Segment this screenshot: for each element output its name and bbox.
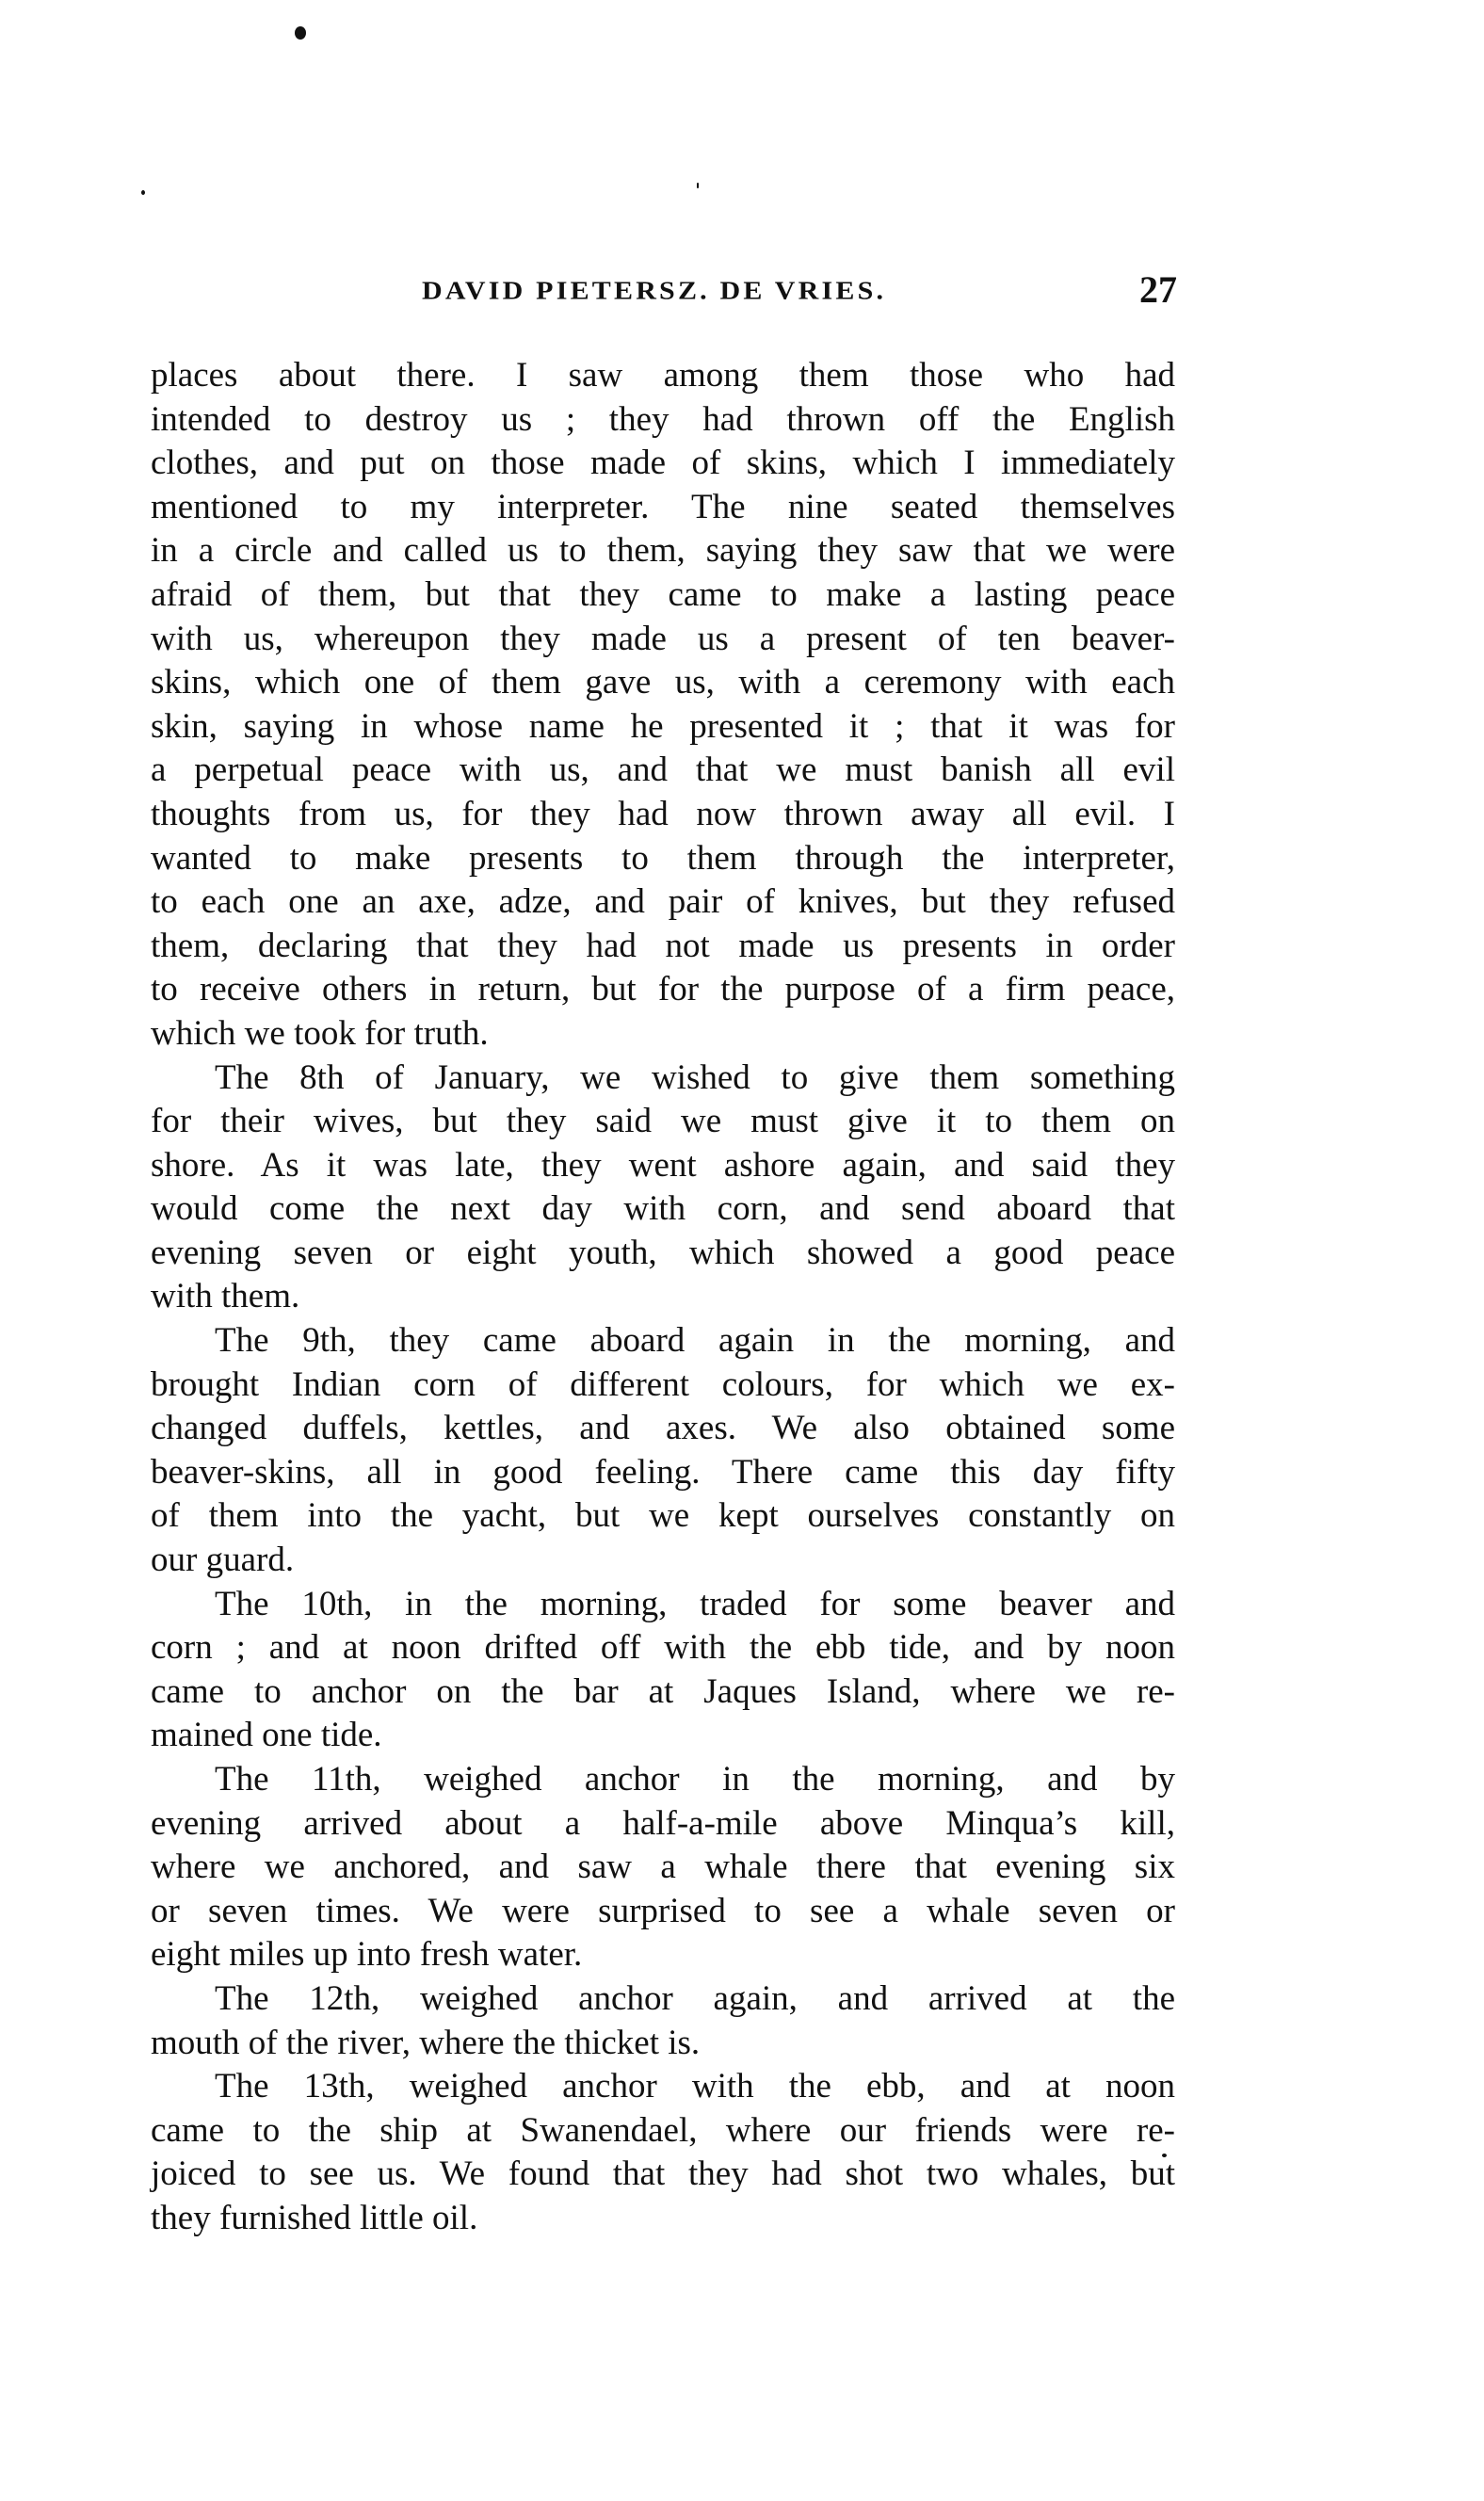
text-line: for their wives, but they said we must g… xyxy=(151,1100,1175,1144)
text-line: shore. As it was late, they went ashore … xyxy=(151,1144,1175,1188)
text-line: evening arrived about a half-a-mile abov… xyxy=(151,1802,1175,1847)
text-line: of them into the yacht, but we kept ours… xyxy=(151,1494,1175,1539)
paragraph: The 13th, weighed anchor with the ebb, a… xyxy=(151,2065,1175,2240)
text-line: to each one an axe, adze, and pair of kn… xyxy=(151,880,1175,925)
text-line: would come the next day with corn, and s… xyxy=(151,1187,1175,1232)
text-line: The 9th, they came aboard again in the m… xyxy=(151,1319,1175,1363)
text-line: eight miles up into fresh water. xyxy=(151,1933,1175,1977)
text-line: came to the ship at Swanendael, where ou… xyxy=(151,2109,1175,2154)
text-line: The 12th, weighed anchor again, and arri… xyxy=(151,1977,1175,2022)
scan-speck xyxy=(697,183,699,188)
text-line: The 13th, weighed anchor with the ebb, a… xyxy=(151,2065,1175,2109)
text-line: beaver-skins, all in good feeling. There… xyxy=(151,1451,1175,1495)
text-line: came to anchor on the bar at Jaques Isla… xyxy=(151,1670,1175,1715)
text-line: mouth of the river, where the thicket is… xyxy=(151,2022,1175,2066)
text-line: mentioned to my interpreter. The nine se… xyxy=(151,486,1175,530)
text-line: afraid of them, but that they came to ma… xyxy=(151,573,1175,618)
scan-speck xyxy=(295,26,306,40)
text-line: thoughts from us, for they had now throw… xyxy=(151,793,1175,837)
text-line: or seven times. We were surprised to see… xyxy=(151,1890,1175,1934)
text-line: clothes, and put on those made of skins,… xyxy=(151,442,1175,486)
paragraph: The 8th of January, we wished to give th… xyxy=(151,1057,1175,1320)
text-line: corn ; and at noon drifted off with the … xyxy=(151,1626,1175,1670)
paragraph: The 9th, they came aboard again in the m… xyxy=(151,1319,1175,1583)
paragraph: places about there. I saw among them tho… xyxy=(151,354,1175,1057)
running-head: DAVID PIETERSZ. DE VRIES. xyxy=(422,274,902,309)
text-line: with us, whereupon they made us a presen… xyxy=(151,618,1175,662)
body-text: places about there. I saw among them tho… xyxy=(151,354,1175,2241)
paragraph: The 11th, weighed anchor in the morning,… xyxy=(151,1758,1175,1977)
text-line: mained one tide. xyxy=(151,1714,1175,1758)
text-line: in a circle and called us to them, sayin… xyxy=(151,529,1175,573)
text-line: skins, which one of them gave us, with a… xyxy=(151,661,1175,705)
text-line: a perpetual peace with us, and that we m… xyxy=(151,749,1175,793)
text-line: The 11th, weighed anchor in the morning,… xyxy=(151,1758,1175,1802)
text-line: with them. xyxy=(151,1275,1175,1319)
text-line: where we anchored, and saw a whale there… xyxy=(151,1846,1175,1890)
text-line: changed duffels, kettles, and axes. We a… xyxy=(151,1407,1175,1451)
text-line: they furnished little oil. xyxy=(151,2197,1175,2241)
text-line: The 8th of January, we wished to give th… xyxy=(151,1057,1175,1101)
text-line: evening seven or eight youth, which show… xyxy=(151,1232,1175,1276)
text-line: them, declaring that they had not made u… xyxy=(151,925,1175,969)
paragraph: The 12th, weighed anchor again, and arri… xyxy=(151,1977,1175,2065)
text-line: places about there. I saw among them tho… xyxy=(151,354,1175,398)
text-line: which we took for truth. xyxy=(151,1012,1175,1057)
text-line: our guard. xyxy=(151,1539,1175,1583)
text-line: The 10th, in the morning, traded for som… xyxy=(151,1583,1175,1627)
scan-speck xyxy=(141,190,145,195)
page-number: 27 xyxy=(1128,269,1177,311)
text-line: joiced to see us. We found that they had… xyxy=(151,2153,1175,2197)
text-line: brought Indian corn of different colours… xyxy=(151,1363,1175,1408)
paragraph: The 10th, in the morning, traded for som… xyxy=(151,1583,1175,1758)
text-line: skin, saying in whose name he presented … xyxy=(151,705,1175,750)
text-line: intended to destroy us ; they had thrown… xyxy=(151,398,1175,443)
text-line: to receive others in return, but for the… xyxy=(151,968,1175,1012)
text-line: wanted to make presents to them through … xyxy=(151,837,1175,881)
